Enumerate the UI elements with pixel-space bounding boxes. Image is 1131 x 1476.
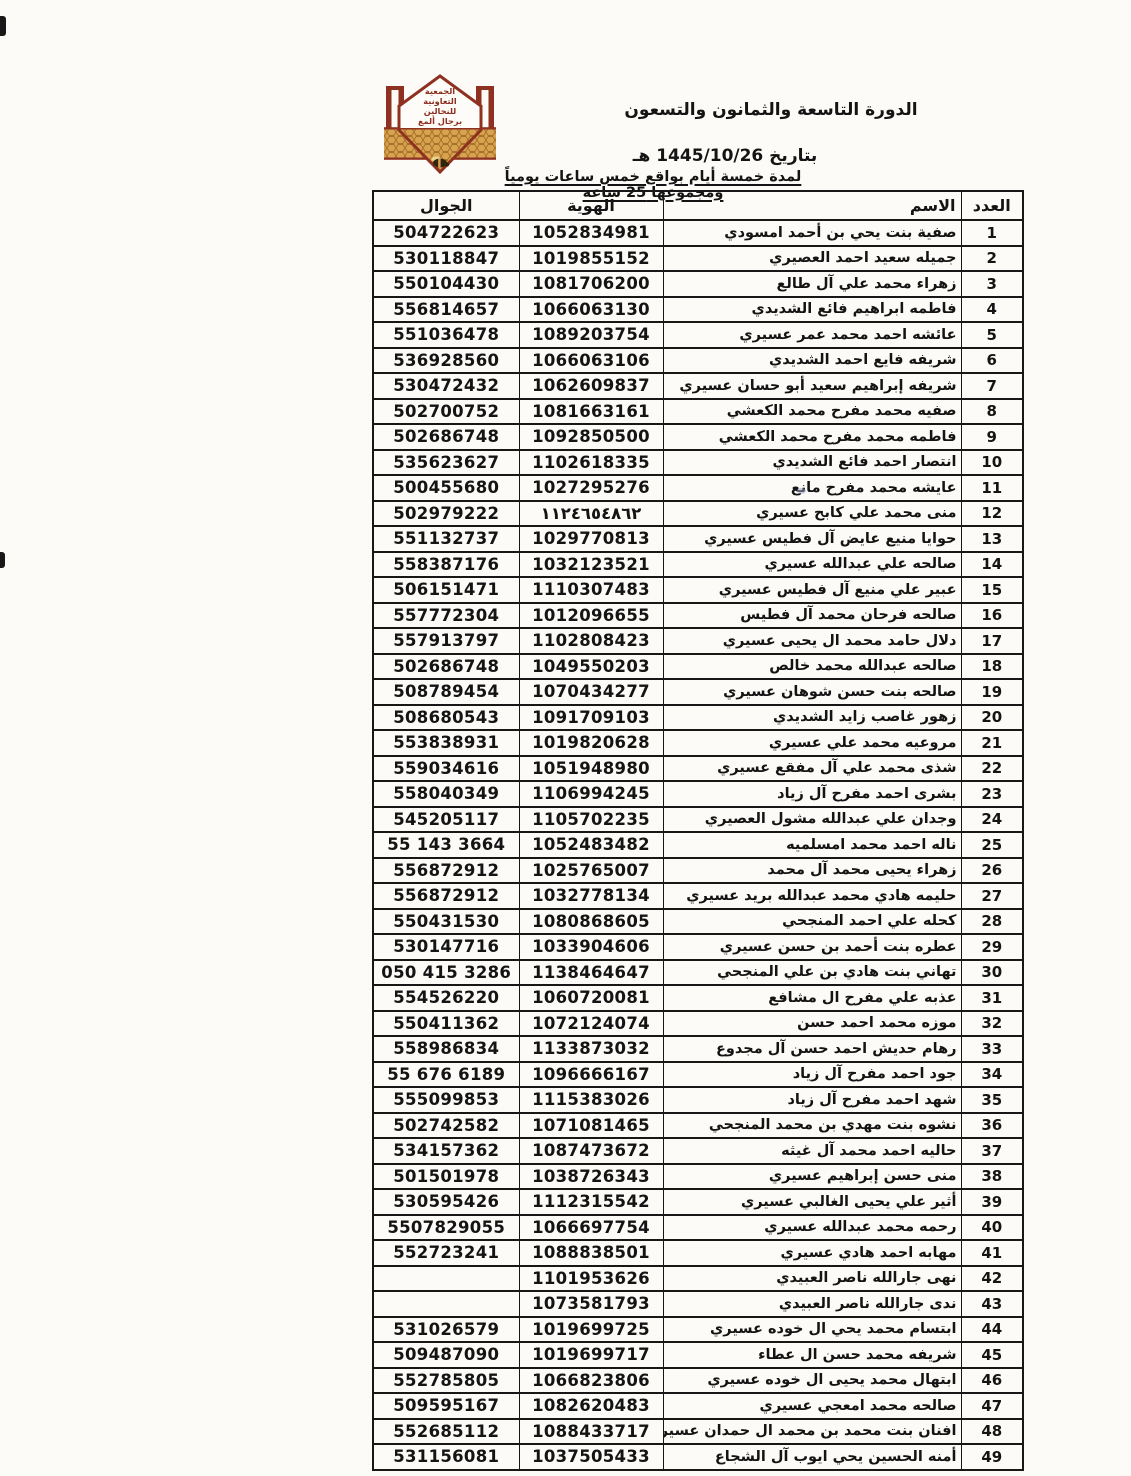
cell-id: 1038726343 — [519, 1164, 663, 1190]
cell-count: 40 — [961, 1215, 1023, 1241]
cell-name: شذى محمد علي آل مفقع عسيري — [663, 756, 961, 782]
cell-name: دلال حامد محمد ال يحيى عسيري — [663, 628, 961, 654]
table-row: 29 عطره بنت أحمد بن حسن عسيري 1033904606… — [373, 934, 1023, 960]
table-row: 43 ندى جارالله ناصر العبيدي 1073581793 — [373, 1291, 1023, 1317]
cell-mobile: 552785805 — [373, 1368, 519, 1394]
cell-count: 11 — [961, 475, 1023, 501]
cell-id: 1081706200 — [519, 271, 663, 297]
cell-count: 19 — [961, 679, 1023, 705]
cell-count: 36 — [961, 1113, 1023, 1139]
cell-mobile: 550104430 — [373, 271, 519, 297]
cell-id: ١١٢٤٦٥٤٨٦٢ — [519, 501, 663, 527]
date-line: بتاريخ 1445/10/26 هـ — [610, 146, 840, 166]
table-row: 44 ابتسام محمد يحي ال خوده عسيري 1019699… — [373, 1317, 1023, 1343]
cell-name: وجدان علي عبدالله مشول العصيري — [663, 807, 961, 833]
cell-name: بشرى احمد مفرح آل زياد — [663, 781, 961, 807]
cell-count: 30 — [961, 960, 1023, 986]
cell-mobile: 558040349 — [373, 781, 519, 807]
cell-id: 1091709103 — [519, 705, 663, 731]
cell-id: 1032123521 — [519, 552, 663, 578]
cell-name: ندى جارالله ناصر العبيدي — [663, 1291, 961, 1317]
cell-name: حوايا منيع عايض آل فطيس عسيري — [663, 526, 961, 552]
cell-id: 1052483482 — [519, 832, 663, 858]
table-row: 32 موزه محمد احمد حسن 1072124074 5504113… — [373, 1011, 1023, 1037]
header-count: العدد — [961, 191, 1023, 220]
cell-mobile: 553838931 — [373, 730, 519, 756]
table-row: 5 عائشه احمد محمد عمر عسيري 1089203754 5… — [373, 322, 1023, 348]
cell-count: 17 — [961, 628, 1023, 654]
cell-name: جميله سعيد احمد العصيري — [663, 246, 961, 272]
cell-id: 1037505433 — [519, 1444, 663, 1470]
table-row: 14 صالحه علي عبدالله عسيري 1032123521 55… — [373, 552, 1023, 578]
table-row: 22 شذى محمد علي آل مفقع عسيري 1051948980… — [373, 756, 1023, 782]
cell-mobile: 531026579 — [373, 1317, 519, 1343]
cell-count: 28 — [961, 909, 1023, 935]
cell-id: 1019699725 — [519, 1317, 663, 1343]
cell-mobile: 500455680 — [373, 475, 519, 501]
table-row: 42 نهى جارالله ناصر العبيدي 1101953626 — [373, 1266, 1023, 1292]
cell-name: نهى جارالله ناصر العبيدي — [663, 1266, 961, 1292]
table-row: 1 صفية بنت يحي بن أحمد امسودي 1052834981… — [373, 220, 1023, 246]
cell-id: 1051948980 — [519, 756, 663, 782]
cell-mobile: 508680543 — [373, 705, 519, 731]
cell-count: 48 — [961, 1419, 1023, 1445]
cell-mobile: 508789454 — [373, 679, 519, 705]
cell-name: ابتسام محمد يحي ال خوده عسيري — [663, 1317, 961, 1343]
cell-mobile: 55 676 6189 — [373, 1062, 519, 1088]
cell-id: 1105702235 — [519, 807, 663, 833]
cell-mobile: 559034616 — [373, 756, 519, 782]
cell-name: ابتهال محمد يحيى ال خوده عسيري — [663, 1368, 961, 1394]
cell-id: 1102618335 — [519, 450, 663, 476]
cell-name: صفية بنت يحي بن أحمد امسودي — [663, 220, 961, 246]
cell-id: 1071081465 — [519, 1113, 663, 1139]
cell-id: 1106994245 — [519, 781, 663, 807]
table-row: 28 كحله علي احمد المنجحي 1080868605 5504… — [373, 909, 1023, 935]
cell-name: صالحه محمد امعجي عسيري — [663, 1393, 961, 1419]
cell-name: شريفه محمد حسن ال عطاء — [663, 1342, 961, 1368]
cell-name: حليمه هادي محمد عبدالله بريد عسيري — [663, 883, 961, 909]
cell-id: 1102808423 — [519, 628, 663, 654]
cell-id: 1066697754 — [519, 1215, 663, 1241]
table-row: 34 جود احمد مفرح آل زياد 1096666167 55 6… — [373, 1062, 1023, 1088]
table-header-row: العدد الاسم الهوية الجوال — [373, 191, 1023, 220]
table-row: 17 دلال حامد محمد ال يحيى عسيري 11028084… — [373, 628, 1023, 654]
cell-name: مروعيه محمد علي عسيري — [663, 730, 961, 756]
cell-id: 1066063106 — [519, 348, 663, 374]
cell-id: 1060720081 — [519, 985, 663, 1011]
table-row: 23 بشرى احمد مفرح آل زياد 1106994245 558… — [373, 781, 1023, 807]
cell-count: 14 — [961, 552, 1023, 578]
cell-count: 43 — [961, 1291, 1023, 1317]
cell-name: عائشه احمد محمد عمر عسيري — [663, 322, 961, 348]
cell-id: 1073581793 — [519, 1291, 663, 1317]
table-row: 30 تهاني بنت هادي بن علي المنجحي 1138464… — [373, 960, 1023, 986]
cell-name: افنان بنت محمد بن محمد ال حمدان عسيري — [663, 1419, 961, 1445]
cell-mobile: 501501978 — [373, 1164, 519, 1190]
table-row: 10 انتصار احمد فائع الشديدي 1102618335 5… — [373, 450, 1023, 476]
cell-id: 1019820628 — [519, 730, 663, 756]
cell-count: 8 — [961, 399, 1023, 425]
table-row: 33 رهام حديش احمد حسن آل مجدوع 113387303… — [373, 1036, 1023, 1062]
cell-id: 1096666167 — [519, 1062, 663, 1088]
cell-count: 23 — [961, 781, 1023, 807]
cell-mobile: 55 143 3664 — [373, 832, 519, 858]
cell-id: 1101953626 — [519, 1266, 663, 1292]
table-row: 20 زهور غاصب زايد الشديدي 1091709103 508… — [373, 705, 1023, 731]
cell-count: 20 — [961, 705, 1023, 731]
cell-mobile: 531156081 — [373, 1444, 519, 1470]
scan-artifact — [0, 552, 5, 568]
cell-id: 1066063130 — [519, 297, 663, 323]
cell-name: زهراء محمد علي آل طالع — [663, 271, 961, 297]
cell-name: جود احمد مفرح آل زياد — [663, 1062, 961, 1088]
cell-id: 1133873032 — [519, 1036, 663, 1062]
cell-name: نشوه بنت مهدي بن محمد المنجحي — [663, 1113, 961, 1139]
cell-mobile: 5507829055 — [373, 1215, 519, 1241]
cell-count: 2 — [961, 246, 1023, 272]
table-row: 19 صالحه بنت حسن شوهان عسيري 1070434277 … — [373, 679, 1023, 705]
table-row: 16 صالحه فرحان محمد آل فطيس 1012096655 5… — [373, 603, 1023, 629]
cell-mobile: 535623627 — [373, 450, 519, 476]
session-title: الدورة التاسعة والثمانون والتسعون — [601, 100, 941, 120]
cell-mobile: 506151471 — [373, 577, 519, 603]
cell-count: 26 — [961, 858, 1023, 884]
table-row: 47 صالحه محمد امعجي عسيري 1082620483 509… — [373, 1393, 1023, 1419]
table-row: 7 شريفه إبراهيم سعيد أبو حسان عسيري 1062… — [373, 373, 1023, 399]
cell-count: 4 — [961, 297, 1023, 323]
cell-name: عايشه محمد مفرح مانع — [663, 475, 961, 501]
cell-count: 21 — [961, 730, 1023, 756]
cell-mobile: 050 415 3286 — [373, 960, 519, 986]
cell-id: 1019699717 — [519, 1342, 663, 1368]
cell-mobile: 509487090 — [373, 1342, 519, 1368]
cell-id: 1027295276 — [519, 475, 663, 501]
roster-table-body: 1 صفية بنت يحي بن أحمد امسودي 1052834981… — [373, 220, 1023, 1470]
cell-name: صالحه عبدالله محمد خالص — [663, 654, 961, 680]
cell-mobile: 552723241 — [373, 1240, 519, 1266]
cell-id: 1110307483 — [519, 577, 663, 603]
table-row: 25 ناله احمد محمد امسلميه 1052483482 55 … — [373, 832, 1023, 858]
table-row: 37 حاليه احمد محمد آل غيثه 1087473672 53… — [373, 1138, 1023, 1164]
cell-count: 5 — [961, 322, 1023, 348]
cell-count: 33 — [961, 1036, 1023, 1062]
cell-count: 12 — [961, 501, 1023, 527]
cell-id: 1088433717 — [519, 1419, 663, 1445]
cell-id: 1012096655 — [519, 603, 663, 629]
cell-mobile: 550431530 — [373, 909, 519, 935]
cell-name: ناله احمد محمد امسلميه — [663, 832, 961, 858]
table-row: 11 عايشه محمد مفرح مانع 1027295276 50045… — [373, 475, 1023, 501]
cell-mobile: 551036478 — [373, 322, 519, 348]
cell-name: صالحه بنت حسن شوهان عسيري — [663, 679, 961, 705]
cell-mobile: 530147716 — [373, 934, 519, 960]
table-row: 24 وجدان علي عبدالله مشول العصيري 110570… — [373, 807, 1023, 833]
table-row: 21 مروعيه محمد علي عسيري 1019820628 5538… — [373, 730, 1023, 756]
cell-id: 1066823806 — [519, 1368, 663, 1394]
cell-count: 42 — [961, 1266, 1023, 1292]
cell-name: عبير علي منيع آل فطيس عسيري — [663, 577, 961, 603]
table-row: 9 فاطمه محمد مفرح محمد الكعشي 1092850500… — [373, 424, 1023, 450]
table-row: 13 حوايا منيع عايض آل فطيس عسيري 1029770… — [373, 526, 1023, 552]
table-row: 31 عذبه علي مفرح ال مشافع 1060720081 554… — [373, 985, 1023, 1011]
table-row: 3 زهراء محمد علي آل طالع 1081706200 5501… — [373, 271, 1023, 297]
cell-mobile: 502686748 — [373, 654, 519, 680]
cell-mobile: 556872912 — [373, 858, 519, 884]
cell-name: منى حسن إبراهيم عسيري — [663, 1164, 961, 1190]
cell-count: 9 — [961, 424, 1023, 450]
cell-mobile — [373, 1291, 519, 1317]
cell-id: 1033904606 — [519, 934, 663, 960]
cell-count: 38 — [961, 1164, 1023, 1190]
cell-id: 1089203754 — [519, 322, 663, 348]
cell-name: شريفه إبراهيم سعيد أبو حسان عسيري — [663, 373, 961, 399]
cell-count: 29 — [961, 934, 1023, 960]
cell-id: 1081663161 — [519, 399, 663, 425]
cell-name: عطره بنت أحمد بن حسن عسيري — [663, 934, 961, 960]
header-name: الاسم — [663, 191, 961, 220]
cell-name: شريفه فايع احمد الشديدي — [663, 348, 961, 374]
cell-mobile: 534157362 — [373, 1138, 519, 1164]
cell-name: صفيه محمد مفرح محمد الكعشي — [663, 399, 961, 425]
header-id: الهوية — [519, 191, 663, 220]
cell-count: 49 — [961, 1444, 1023, 1470]
cell-name: حاليه احمد محمد آل غيثه — [663, 1138, 961, 1164]
cell-mobile: 502979222 — [373, 501, 519, 527]
cell-count: 15 — [961, 577, 1023, 603]
cell-count: 22 — [961, 756, 1023, 782]
cell-mobile: 502742582 — [373, 1113, 519, 1139]
attendees-table: العدد الاسم الهوية الجوال 1 صفية بنت يحي… — [372, 190, 1024, 1471]
cell-id: 1082620483 — [519, 1393, 663, 1419]
cell-name: مهابه احمد هادي عسيري — [663, 1240, 961, 1266]
cell-name: انتصار احمد فائع الشديدي — [663, 450, 961, 476]
table-row: 6 شريفه فايع احمد الشديدي 1066063106 536… — [373, 348, 1023, 374]
cell-id: 1072124074 — [519, 1011, 663, 1037]
table-row: 12 منى محمد علي كابح عسيري ١١٢٤٦٥٤٨٦٢ 50… — [373, 501, 1023, 527]
cell-id: 1070434277 — [519, 679, 663, 705]
cell-id: 1052834981 — [519, 220, 663, 246]
cell-mobile: 536928560 — [373, 348, 519, 374]
cell-mobile: 551132737 — [373, 526, 519, 552]
table-row: 41 مهابه احمد هادي عسيري 1088838501 5527… — [373, 1240, 1023, 1266]
cell-id: 1019855152 — [519, 246, 663, 272]
cell-id: 1088838501 — [519, 1240, 663, 1266]
cell-count: 13 — [961, 526, 1023, 552]
cell-count: 24 — [961, 807, 1023, 833]
cell-mobile: 556814657 — [373, 297, 519, 323]
cell-name: زهراء يحيى محمد آل محمد — [663, 858, 961, 884]
logo-text-line1: الجمعية — [425, 86, 455, 96]
cell-id: 1049550203 — [519, 654, 663, 680]
cell-mobile: 556872912 — [373, 883, 519, 909]
cell-id: 1062609837 — [519, 373, 663, 399]
table-row: 26 زهراء يحيى محمد آل محمد 1025765007 55… — [373, 858, 1023, 884]
cell-name: منى محمد علي كابح عسيري — [663, 501, 961, 527]
header-mobile: الجوال — [373, 191, 519, 220]
cell-name: كحله علي احمد المنجحي — [663, 909, 961, 935]
cell-count: 32 — [961, 1011, 1023, 1037]
cell-count: 10 — [961, 450, 1023, 476]
cell-count: 47 — [961, 1393, 1023, 1419]
cell-count: 35 — [961, 1087, 1023, 1113]
cell-count: 25 — [961, 832, 1023, 858]
cell-mobile: 509595167 — [373, 1393, 519, 1419]
cell-mobile: 554526220 — [373, 985, 519, 1011]
cell-mobile: 502686748 — [373, 424, 519, 450]
table-row: 15 عبير علي منيع آل فطيس عسيري 111030748… — [373, 577, 1023, 603]
cell-id: 1138464647 — [519, 960, 663, 986]
cell-count: 45 — [961, 1342, 1023, 1368]
cell-id: 1029770813 — [519, 526, 663, 552]
cell-mobile: 504722623 — [373, 220, 519, 246]
cell-name: تهاني بنت هادي بن علي المنجحي — [663, 960, 961, 986]
table-row: 46 ابتهال محمد يحيى ال خوده عسيري 106682… — [373, 1368, 1023, 1394]
cell-mobile: 502700752 — [373, 399, 519, 425]
cell-id: 1092850500 — [519, 424, 663, 450]
cell-count: 3 — [961, 271, 1023, 297]
table-row: 48 افنان بنت محمد بن محمد ال حمدان عسيري… — [373, 1419, 1023, 1445]
cell-count: 18 — [961, 654, 1023, 680]
scan-artifact — [797, 488, 806, 494]
cell-mobile: 552685112 — [373, 1419, 519, 1445]
cell-count: 44 — [961, 1317, 1023, 1343]
cell-count: 39 — [961, 1189, 1023, 1215]
cell-mobile: 545205117 — [373, 807, 519, 833]
cell-mobile: 530595426 — [373, 1189, 519, 1215]
logo-text-line4: برجال ألمع — [418, 116, 462, 127]
cell-name: رهام حديش احمد حسن آل مجدوع — [663, 1036, 961, 1062]
cell-name: أثير علي يحيى الغالبي عسيري — [663, 1189, 961, 1215]
cell-id: 1115383026 — [519, 1087, 663, 1113]
cell-count: 34 — [961, 1062, 1023, 1088]
cell-name: أمنه الحسين يحي ايوب آل الشجاع — [663, 1444, 961, 1470]
cell-name: عذبه علي مفرح ال مشافع — [663, 985, 961, 1011]
cell-name: موزه محمد احمد حسن — [663, 1011, 961, 1037]
table-row: 40 رحمه محمد عبدالله عسيري 1066697754 55… — [373, 1215, 1023, 1241]
cell-count: 37 — [961, 1138, 1023, 1164]
scan-artifact — [0, 16, 6, 36]
cell-count: 16 — [961, 603, 1023, 629]
cell-count: 1 — [961, 220, 1023, 246]
cell-mobile: 550411362 — [373, 1011, 519, 1037]
table-row: 38 منى حسن إبراهيم عسيري 1038726343 5015… — [373, 1164, 1023, 1190]
cell-name: فاطمه ابراهيم فائع الشديدي — [663, 297, 961, 323]
table-row: 8 صفيه محمد مفرح محمد الكعشي 1081663161 … — [373, 399, 1023, 425]
cell-name: زهور غاصب زايد الشديدي — [663, 705, 961, 731]
cell-count: 31 — [961, 985, 1023, 1011]
cell-count: 41 — [961, 1240, 1023, 1266]
table-row: 49 أمنه الحسين يحي ايوب آل الشجاع 103750… — [373, 1444, 1023, 1470]
cell-count: 6 — [961, 348, 1023, 374]
cell-mobile: 530118847 — [373, 246, 519, 272]
table-row: 27 حليمه هادي محمد عبدالله بريد عسيري 10… — [373, 883, 1023, 909]
table-row: 35 شهد احمد مفرح آل زياد 1115383026 5550… — [373, 1087, 1023, 1113]
cell-mobile: 558387176 — [373, 552, 519, 578]
cell-mobile: 530472432 — [373, 373, 519, 399]
scanned-document-page: الجمعية التعاونية للنحالين برجال ألمع ال… — [0, 0, 1131, 1476]
cell-id: 1032778134 — [519, 883, 663, 909]
table-row: 45 شريفه محمد حسن ال عطاء 1019699717 509… — [373, 1342, 1023, 1368]
cell-count: 7 — [961, 373, 1023, 399]
cell-count: 46 — [961, 1368, 1023, 1394]
cell-id: 1025765007 — [519, 858, 663, 884]
cell-id: 1087473672 — [519, 1138, 663, 1164]
cell-name: فاطمه محمد مفرح محمد الكعشي — [663, 424, 961, 450]
table-row: 36 نشوه بنت مهدي بن محمد المنجحي 1071081… — [373, 1113, 1023, 1139]
cell-name: صالحه فرحان محمد آل فطيس — [663, 603, 961, 629]
table-row: 2 جميله سعيد احمد العصيري 1019855152 530… — [373, 246, 1023, 272]
cell-name: رحمه محمد عبدالله عسيري — [663, 1215, 961, 1241]
cell-id: 1080868605 — [519, 909, 663, 935]
cell-name: صالحه علي عبدالله عسيري — [663, 552, 961, 578]
cell-count: 27 — [961, 883, 1023, 909]
table-row: 39 أثير علي يحيى الغالبي عسيري 111231554… — [373, 1189, 1023, 1215]
cell-mobile: 558986834 — [373, 1036, 519, 1062]
cell-mobile: 557913797 — [373, 628, 519, 654]
cell-id: 1112315542 — [519, 1189, 663, 1215]
cell-name: شهد احمد مفرح آل زياد — [663, 1087, 961, 1113]
cell-mobile — [373, 1266, 519, 1292]
cell-mobile: 555099853 — [373, 1087, 519, 1113]
table-row: 4 فاطمه ابراهيم فائع الشديدي 1066063130 … — [373, 297, 1023, 323]
cell-mobile: 557772304 — [373, 603, 519, 629]
table-row: 18 صالحه عبدالله محمد خالص 1049550203 50… — [373, 654, 1023, 680]
